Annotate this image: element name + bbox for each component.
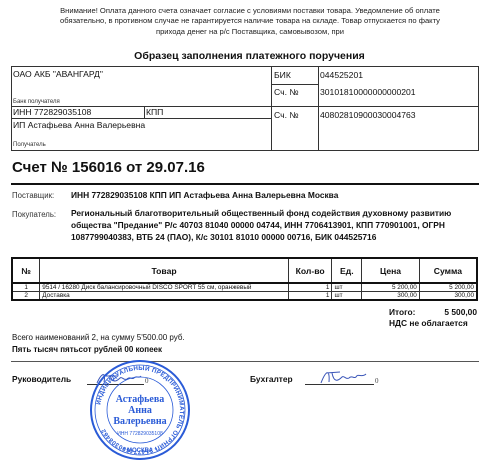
invoice-title: Счет № 156016 от 29.07.16 [12, 159, 205, 176]
bank-name: ОАО АКБ "АВАНГАРД" [13, 69, 103, 79]
bik-label: БИК [274, 70, 291, 80]
row-sum: 300,00 [419, 292, 477, 301]
corr-account-value: 30101810000000000201 [320, 87, 416, 97]
total-label: Итого: [389, 307, 415, 317]
row-price: 5 200,00 [362, 283, 420, 292]
row-qty: 1 [288, 292, 332, 301]
supplier-value: ИНН 772829035108 КПП ИП Астафьева Анна В… [71, 189, 338, 201]
row-unit: шт [332, 283, 362, 292]
buyer-label: Покупатель: [12, 210, 56, 219]
row-unit: шт [332, 292, 362, 301]
svg-text:Астафьева: Астафьева [116, 394, 165, 405]
corr-account-label: Сч. № [274, 87, 299, 97]
warning-line: обязательно, в противном случае не гаран… [40, 16, 460, 26]
account-label: Сч. № [274, 110, 299, 120]
divider [11, 118, 272, 119]
payment-sample-title: Образец заполнения платежного поручения [0, 50, 499, 62]
director-label: Руководитель [12, 374, 71, 384]
row-qty: 1 [288, 283, 332, 292]
items-table: № Товар Кол-во Ед. Цена Сумма 1 9514 / 1… [11, 257, 478, 301]
row-num: 1 [12, 283, 40, 292]
divider [271, 66, 272, 151]
divider [271, 84, 318, 85]
company-stamp: ИНДИВИДУАЛЬНЫЙ ПРЕДПРИНИМАТЕЛЬ ОГРНИП 31… [88, 358, 192, 462]
svg-text:ИНН 772829035108: ИНН 772829035108 [117, 431, 163, 437]
table-row: 2 Доставка 1 шт 300,00 300,00 [12, 292, 477, 301]
accountant-signature-icon [318, 368, 370, 386]
total-value: 5 500,00 [425, 307, 477, 317]
header-price: Цена [362, 258, 420, 283]
row-price: 300,00 [362, 292, 420, 301]
row-item: 9514 / 16280 Диск балансировочный DISCO … [40, 283, 289, 292]
recipient-inn: ИНН 772829035108 [13, 107, 91, 117]
bank-label: Банк получателя [13, 99, 60, 105]
amount-in-words: Пять тысяч пятьсот рублей 00 копеек [12, 345, 162, 354]
recipient-label: Получатель [13, 142, 46, 148]
payment-warning: Внимание! Оплата данного счета означает … [40, 6, 460, 37]
buyer-value: Региональный благотворительный обществен… [71, 207, 466, 243]
stamp-icon: ИНДИВИДУАЛЬНЫЙ ПРЕДПРИНИМАТЕЛЬ ОГРНИП 31… [88, 358, 192, 462]
svg-text:Валерьевна: Валерьевна [113, 416, 166, 427]
account-value: 40802810900030004763 [320, 110, 416, 120]
row-num: 2 [12, 292, 40, 301]
accountant-zero: 0 [375, 377, 379, 385]
header-qty: Кол-во [288, 258, 332, 283]
title-underline [11, 183, 479, 185]
svg-text:* МОСКВА *: * МОСКВА * [123, 448, 158, 454]
items-summary: Всего наименований 2, на сумму 5'500.00 … [12, 333, 185, 342]
row-item: Доставка [40, 292, 289, 301]
separator-line [11, 361, 479, 362]
divider [144, 106, 145, 119]
recipient-kpp: КПП [146, 107, 163, 117]
supplier-label: Поставщик: [12, 191, 54, 200]
warning-line: прихода денег на р/с Поставщика, самовыв… [40, 27, 460, 37]
table-header-row: № Товар Кол-во Ед. Цена Сумма [12, 258, 477, 283]
accountant-label: Бухгалтер [250, 374, 293, 384]
divider [318, 66, 319, 151]
header-unit: Ед. [332, 258, 362, 283]
table-row: 1 9514 / 16280 Диск балансировочный DISC… [12, 283, 477, 292]
header-item: Товар [40, 258, 289, 283]
recipient-name: ИП Астафьева Анна Валерьевна [13, 120, 145, 130]
row-sum: 5 200,00 [419, 283, 477, 292]
header-sum: Сумма [419, 258, 477, 283]
header-num: № [12, 258, 40, 283]
bik-value: 044525201 [320, 70, 363, 80]
vat-note: НДС не облагается [389, 318, 468, 328]
warning-line: Внимание! Оплата данного счета означает … [40, 6, 460, 16]
svg-text:Анна: Анна [128, 405, 152, 416]
